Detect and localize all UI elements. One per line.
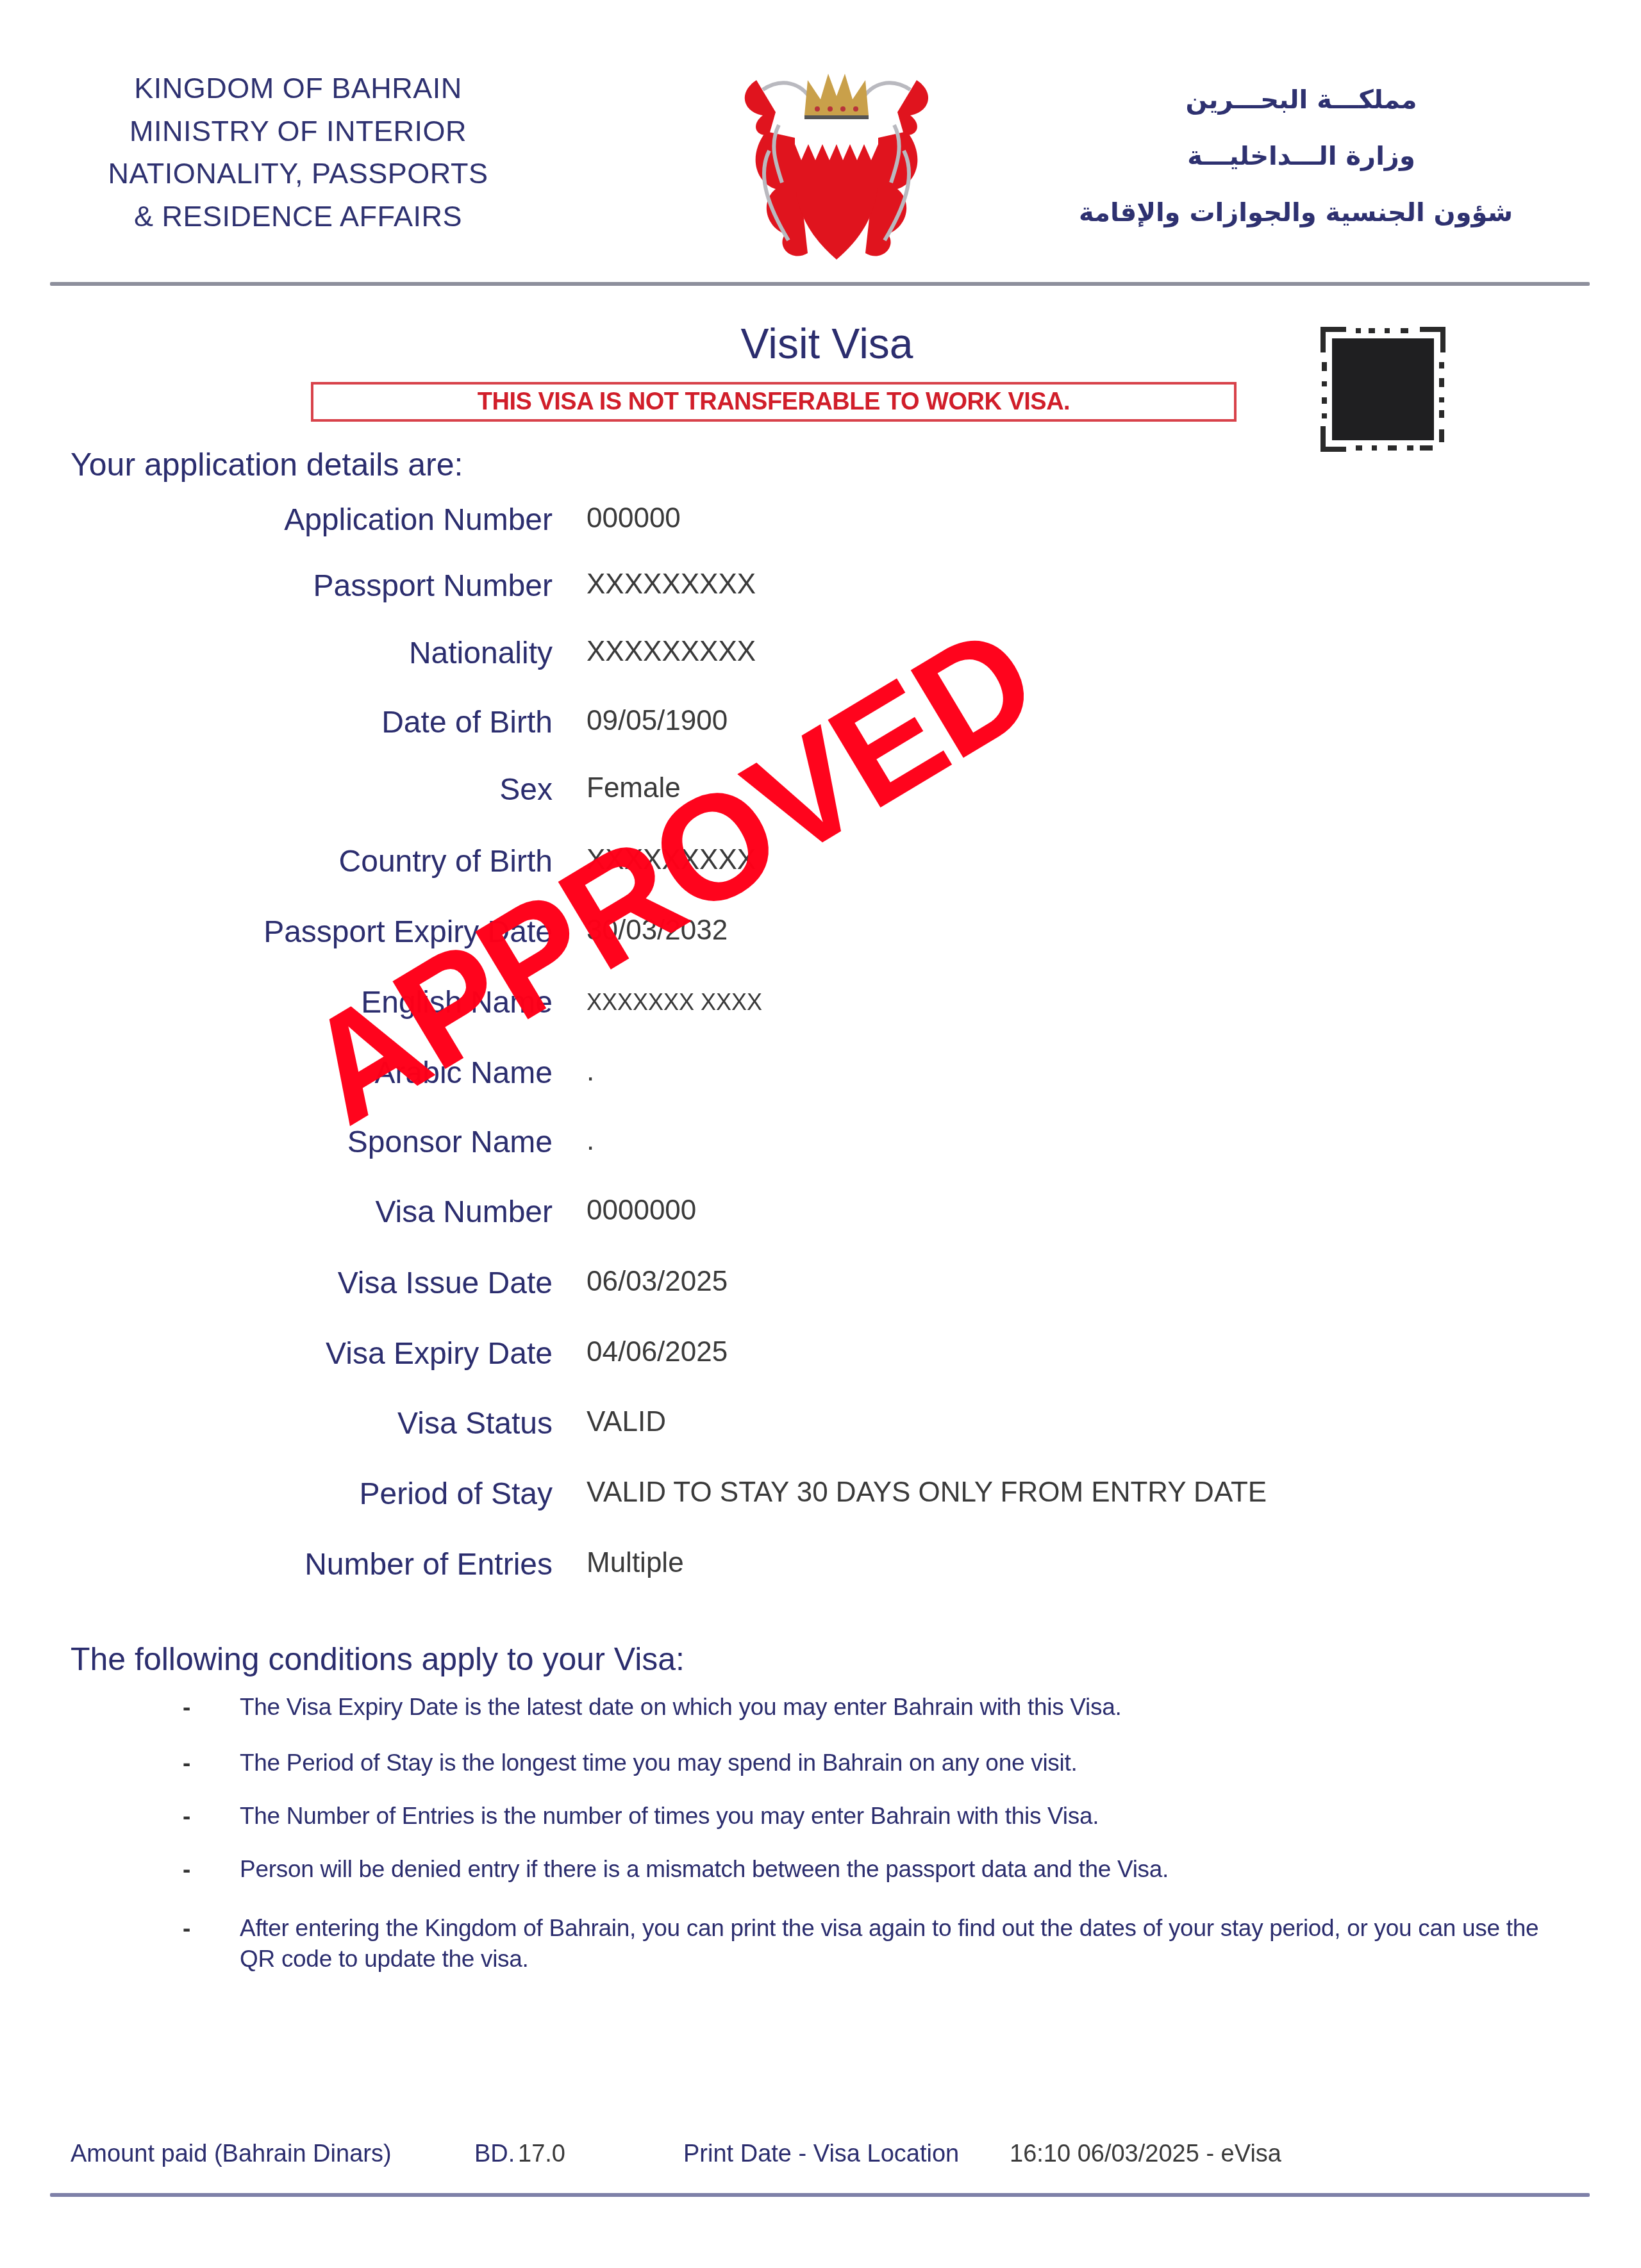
header-line-nationality: NATIONALITY, PASSPORTS <box>71 153 526 195</box>
detail-value: VALID <box>587 1406 666 1438</box>
detail-value: 000000 <box>587 502 681 534</box>
condition-text: The Number of Entries is the number of t… <box>240 1801 1548 1832</box>
header-arabic-affairs: شؤون الجنسية والجوازات والإقامة <box>1090 185 1513 241</box>
detail-value: XXXXXXXXX <box>587 636 756 668</box>
detail-row-period-of-stay: Period of Stay VALID TO STAY 30 DAYS ONL… <box>0 1477 1641 1528</box>
condition-item: - After entering the Kingdom of Bahrain,… <box>183 1913 1548 1977</box>
condition-item: - The Visa Expiry Date is the latest dat… <box>183 1692 1548 1724</box>
detail-label: Visa Status <box>397 1406 553 1441</box>
detail-label: Visa Expiry Date <box>326 1336 553 1371</box>
warning-text: THIS VISA IS NOT TRANSFERABLE TO WORK VI… <box>478 388 1070 416</box>
header-line-residence: & RESIDENCE AFFAIRS <box>71 195 526 238</box>
warning-box: THIS VISA IS NOT TRANSFERABLE TO WORK VI… <box>311 382 1237 422</box>
header-line-ministry: MINISTRY OF INTERIOR <box>71 110 526 153</box>
condition-text: After entering the Kingdom of Bahrain, y… <box>240 1913 1548 1974</box>
detail-value: 09/05/1900 <box>587 705 728 737</box>
print-date-label: Print Date - Visa Location <box>683 2140 959 2168</box>
bullet-dash: - <box>183 1748 190 1778</box>
detail-label: Date of Birth <box>381 705 553 740</box>
qr-code-icon <box>1320 327 1445 452</box>
header-line-kingdom: KINGDOM OF BAHRAIN <box>71 67 526 110</box>
detail-row-passport-number: Passport Number XXXXXXXXX <box>0 568 1641 620</box>
condition-text: Person will be denied entry if there is … <box>240 1854 1548 1885</box>
condition-text: The Visa Expiry Date is the latest date … <box>240 1692 1548 1723</box>
header-arabic-ministry: وزارة الـــداخليـــة <box>1090 128 1513 185</box>
detail-label: Visa Issue Date <box>338 1266 553 1301</box>
detail-label: Number of Entries <box>304 1547 553 1582</box>
details-intro: Your application details are: <box>71 446 463 483</box>
condition-text: The Period of Stay is the longest time y… <box>240 1748 1548 1778</box>
detail-label: Application Number <box>284 502 553 538</box>
detail-row-visa-number: Visa Number 0000000 <box>0 1195 1641 1246</box>
condition-item: - The Number of Entries is the number of… <box>183 1801 1548 1833</box>
detail-row-application-number: Application Number 000000 <box>0 502 1641 554</box>
detail-row-nationality: Nationality XXXXXXXXX <box>0 636 1641 687</box>
detail-label: Passport Number <box>313 568 553 604</box>
detail-row-arabic-name: Arabic Name . <box>0 1055 1641 1107</box>
detail-row-number-of-entries: Number of Entries Multiple <box>0 1547 1641 1598</box>
amount-paid-value: 17.0 <box>518 2140 565 2168</box>
bullet-dash: - <box>183 1854 190 1885</box>
detail-value: . <box>587 1055 594 1088</box>
detail-row-sponsor-name: Sponsor Name . <box>0 1125 1641 1176</box>
detail-value: Multiple <box>587 1547 684 1579</box>
detail-value: XXXXXXXXX <box>587 568 756 600</box>
detail-value: 06/03/2025 <box>587 1266 728 1298</box>
print-date-value: 16:10 06/03/2025 - eVisa <box>1010 2140 1281 2168</box>
detail-row-visa-expiry-date: Visa Expiry Date 04/06/2025 <box>0 1336 1641 1387</box>
detail-row-passport-expiry: Passport Expiry Date 30/03/2032 <box>0 915 1641 966</box>
detail-row-visa-issue-date: Visa Issue Date 06/03/2025 <box>0 1266 1641 1317</box>
conditions-title: The following conditions apply to your V… <box>71 1641 685 1678</box>
detail-row-english-name: English Name XXXXXXX XXXX <box>0 985 1641 1036</box>
detail-value: VALID TO STAY 30 DAYS ONLY FROM ENTRY DA… <box>587 1477 1267 1509</box>
footer-divider <box>50 2193 1590 2197</box>
currency-label: BD. <box>474 2140 515 2168</box>
detail-value: 04/06/2025 <box>587 1336 728 1368</box>
header-english-block: KINGDOM OF BAHRAIN MINISTRY OF INTERIOR … <box>71 67 526 238</box>
detail-value: 0000000 <box>587 1195 696 1227</box>
detail-label: Visa Number <box>375 1195 553 1230</box>
bullet-dash: - <box>183 1913 190 1944</box>
condition-item: - Person will be denied entry if there i… <box>183 1854 1548 1886</box>
detail-row-visa-status: Visa Status VALID <box>0 1406 1641 1457</box>
detail-value: . <box>587 1125 594 1157</box>
header-arabic-block: مملكـــة البحـــرين وزارة الـــداخليـــة… <box>1090 72 1513 241</box>
detail-label: Sex <box>499 772 553 807</box>
bullet-dash: - <box>183 1801 190 1832</box>
condition-item: - The Period of Stay is the longest time… <box>183 1748 1548 1780</box>
detail-label: Period of Stay <box>360 1477 553 1512</box>
detail-label: Nationality <box>409 636 553 671</box>
amount-paid-label: Amount paid (Bahrain Dinars) <box>71 2140 392 2168</box>
bahrain-emblem-icon <box>731 54 942 272</box>
header-divider <box>50 282 1590 286</box>
header-arabic-kingdom: مملكـــة البحـــرين <box>1090 72 1513 128</box>
bullet-dash: - <box>183 1692 190 1723</box>
